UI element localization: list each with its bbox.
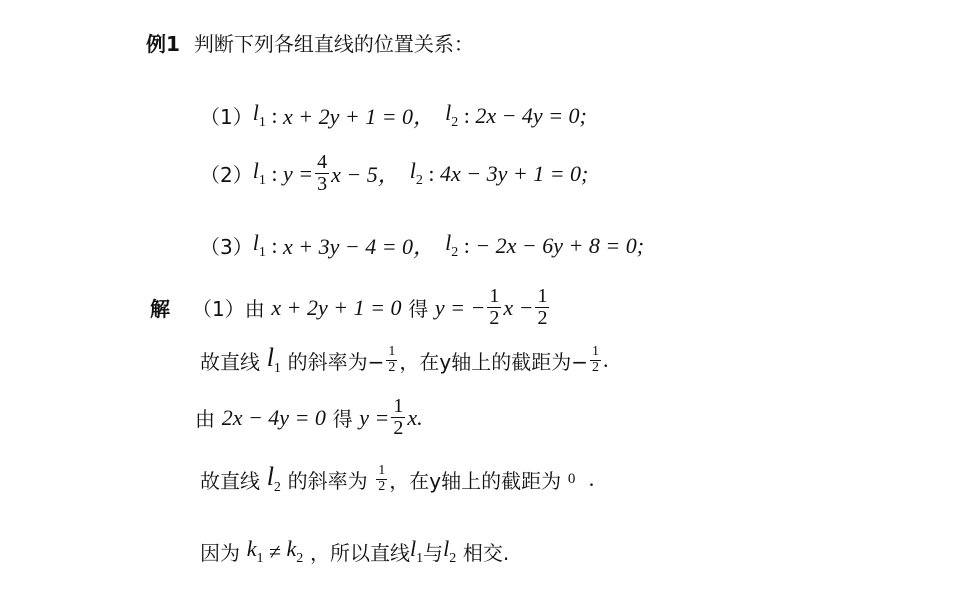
text: . bbox=[589, 466, 595, 492]
equation-l2: 2x − 4y = 0; bbox=[475, 103, 587, 129]
equation-l1: x + 2y + 1 = 0， bbox=[283, 100, 435, 131]
line-l1: l1 bbox=[253, 100, 266, 131]
equation-l1: x + 3y − 4 = 0， bbox=[283, 230, 435, 261]
line-l1: l1 bbox=[253, 158, 266, 189]
text: 由 bbox=[195, 403, 215, 432]
example-question: 判断下列各组直线的位置关系： bbox=[194, 28, 474, 57]
solution-step-3: 由 2x − 4y = 0 得 y = 12 x. bbox=[195, 396, 423, 439]
equation: 2x − 4y = 0 bbox=[222, 405, 326, 431]
text: 故直线 bbox=[200, 346, 260, 375]
text: 相交. bbox=[463, 537, 509, 566]
fraction: 12 bbox=[391, 396, 405, 439]
fraction: 12 bbox=[386, 345, 397, 375]
line-l1: l1 bbox=[267, 343, 281, 377]
text: 得 bbox=[408, 293, 428, 322]
fraction: 12 bbox=[487, 286, 501, 329]
fraction: 43 bbox=[315, 152, 329, 195]
problem-number: （1） bbox=[200, 101, 253, 130]
text: 由 bbox=[245, 293, 265, 322]
solution-step-4: 故直线 l2 的斜率为 12 ，在y轴上的截距为 0 . bbox=[200, 462, 594, 496]
slope-k2: k2 bbox=[287, 536, 304, 567]
equation-part: x − 5， bbox=[331, 158, 400, 189]
value: 0 bbox=[568, 471, 576, 488]
example-label: 例1 bbox=[146, 28, 180, 57]
text: 因为 bbox=[200, 537, 240, 566]
problem-2: （2） l1 : y = 43 x − 5， l2 : 4x − 3y + 1 … bbox=[200, 152, 588, 195]
problem-1: （1） l1 : x + 2y + 1 = 0， l2 : 2x − 4y = … bbox=[200, 100, 587, 131]
fraction: 12 bbox=[590, 345, 601, 375]
text: 故直线 bbox=[200, 465, 260, 494]
equation: x. bbox=[407, 405, 422, 431]
text: 的斜率为− bbox=[288, 346, 385, 375]
line-l1: l1 bbox=[410, 536, 423, 567]
equation-l2: 4x − 3y + 1 = 0; bbox=[440, 161, 588, 187]
text: 与 bbox=[423, 537, 443, 566]
solution-step-2: 故直线 l1 的斜率为− 12 ，在y轴上的截距为− 12 . bbox=[200, 343, 608, 377]
solution-step-1: 解 （1） 由 x + 2y + 1 = 0 得 y = − 12 x − 12 bbox=[150, 286, 551, 329]
equation: x − bbox=[503, 295, 533, 321]
fraction: 12 bbox=[535, 286, 549, 329]
line-l2: l2 bbox=[267, 462, 281, 496]
problem-3: （3） l1 : x + 3y − 4 = 0， l2 : − 2x − 6y … bbox=[200, 230, 644, 261]
line-l2: l2 bbox=[410, 158, 423, 189]
fraction: 12 bbox=[376, 464, 387, 494]
text: ，所以直线 bbox=[310, 537, 410, 566]
equation-part: y = bbox=[283, 161, 313, 187]
text: ，在y轴上的截距为− bbox=[399, 346, 588, 375]
text: ，在y轴上的截距为 bbox=[389, 465, 561, 494]
step-number: （1） bbox=[192, 293, 245, 322]
problem-number: （2） bbox=[200, 159, 253, 188]
line-l1: l1 bbox=[253, 230, 266, 261]
solution-label: 解 bbox=[150, 293, 170, 322]
line-l2: l2 bbox=[443, 536, 456, 567]
problem-number: （3） bbox=[200, 231, 253, 260]
text: 的斜率为 bbox=[288, 465, 368, 494]
line-l2: l2 bbox=[445, 100, 458, 131]
equation: x + 2y + 1 = 0 bbox=[271, 295, 401, 321]
text: 得 bbox=[333, 403, 353, 432]
equation: y = − bbox=[435, 295, 485, 321]
equation: y = bbox=[359, 405, 389, 431]
solution-step-5: 因为 k1 ≠ k2 ，所以直线 l1 与 l2 相交. bbox=[200, 536, 509, 567]
line-l2: l2 bbox=[445, 230, 458, 261]
slope-k1: k1 bbox=[247, 536, 264, 567]
example-title: 例1 判断下列各组直线的位置关系： bbox=[146, 28, 474, 57]
text: . bbox=[603, 347, 609, 373]
equation-l2: − 2x − 6y + 8 = 0; bbox=[475, 233, 644, 259]
